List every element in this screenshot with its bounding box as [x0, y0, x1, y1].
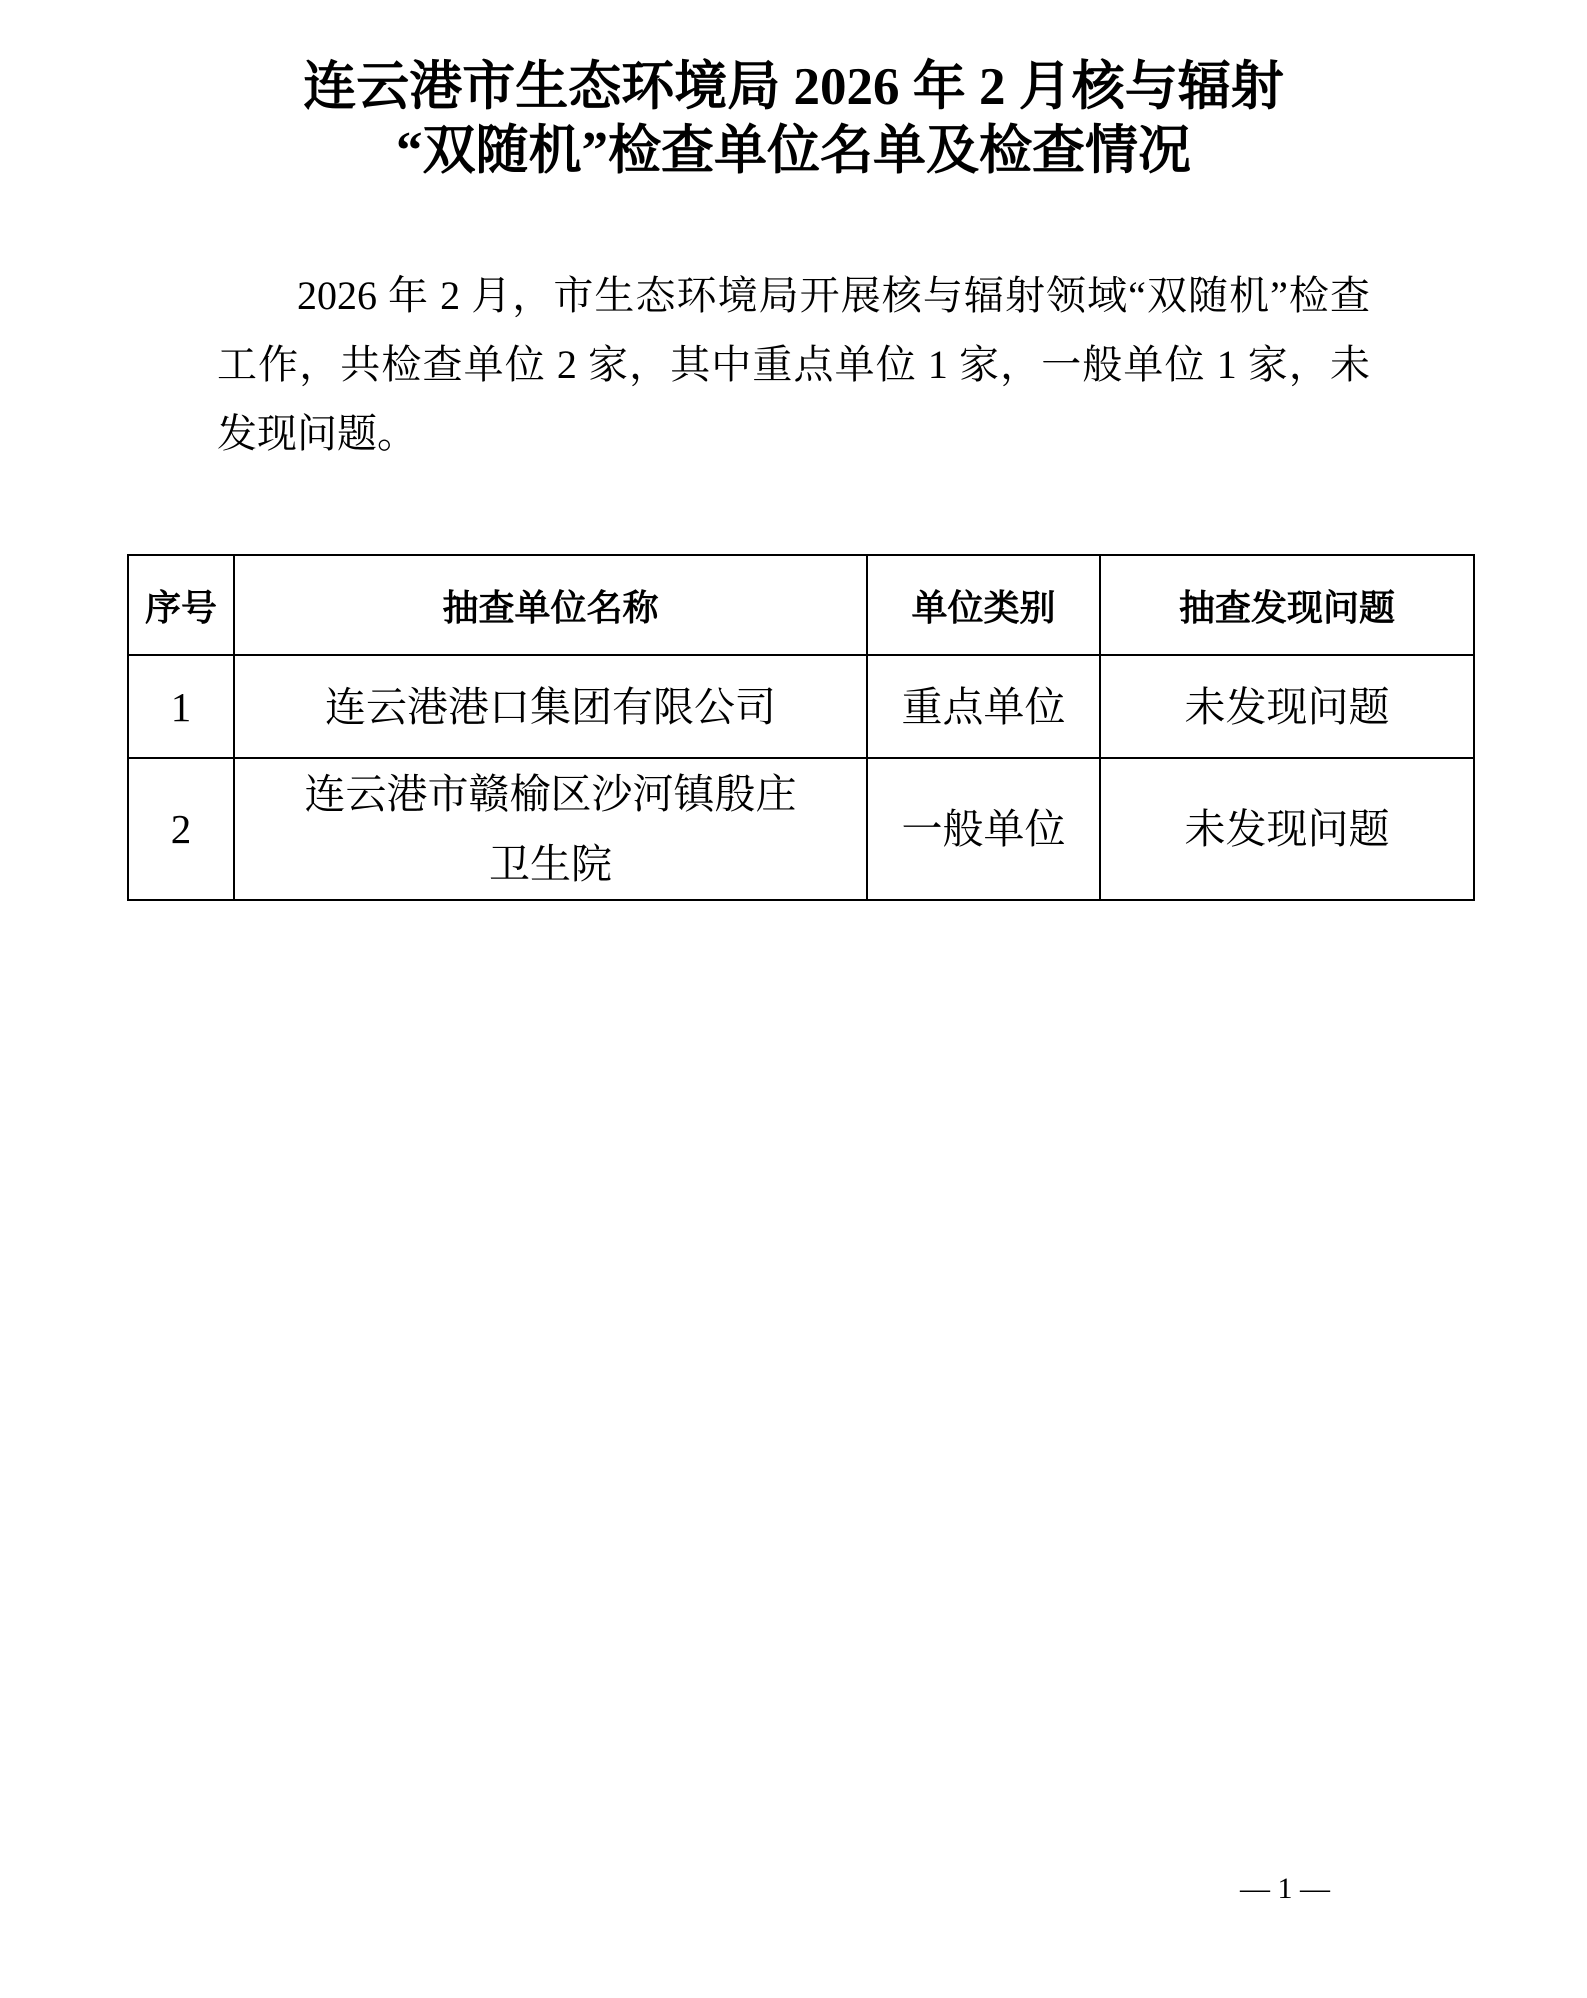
header-index: 序号 — [128, 555, 234, 655]
table-header-row: 序号 抽查单位名称 单位类别 抽查发现问题 — [128, 555, 1474, 655]
table-row: 2 连云港市赣榆区沙河镇殷庄卫生院 一般单位 未发现问题 — [128, 758, 1474, 900]
cell-index: 2 — [128, 758, 234, 900]
summary-paragraph: 2026 年 2 月，市生态环境局开展核与辐射领域“双随机”检查工作，共检查单位… — [217, 261, 1370, 468]
page-number: — 1 — — [1240, 1872, 1330, 1906]
cell-unit-name: 连云港市赣榆区沙河镇殷庄卫生院 — [234, 758, 867, 900]
header-issues: 抽查发现问题 — [1100, 555, 1474, 655]
cell-unit-name: 连云港港口集团有限公司 — [234, 655, 867, 758]
document-title: 连云港市生态环境局 2026 年 2 月核与辐射 “双随机”检查单位名单及检查情… — [0, 55, 1587, 183]
document-page: 连云港市生态环境局 2026 年 2 月核与辐射 “双随机”检查单位名单及检查情… — [0, 0, 1587, 1998]
document-title-line1: 连云港市生态环境局 2026 年 2 月核与辐射 — [0, 55, 1587, 119]
cell-unit-type: 重点单位 — [867, 655, 1100, 758]
cell-index: 1 — [128, 655, 234, 758]
document-title-line2: “双随机”检查单位名单及检查情况 — [0, 119, 1587, 183]
cell-issues: 未发现问题 — [1100, 758, 1474, 900]
inspection-table: 序号 抽查单位名称 单位类别 抽查发现问题 1 连云港港口集团有限公司 重点单位… — [127, 554, 1475, 901]
table-row: 1 连云港港口集团有限公司 重点单位 未发现问题 — [128, 655, 1474, 758]
header-unit-type: 单位类别 — [867, 555, 1100, 655]
header-unit-name: 抽查单位名称 — [234, 555, 867, 655]
cell-unit-type: 一般单位 — [867, 758, 1100, 900]
cell-issues: 未发现问题 — [1100, 655, 1474, 758]
